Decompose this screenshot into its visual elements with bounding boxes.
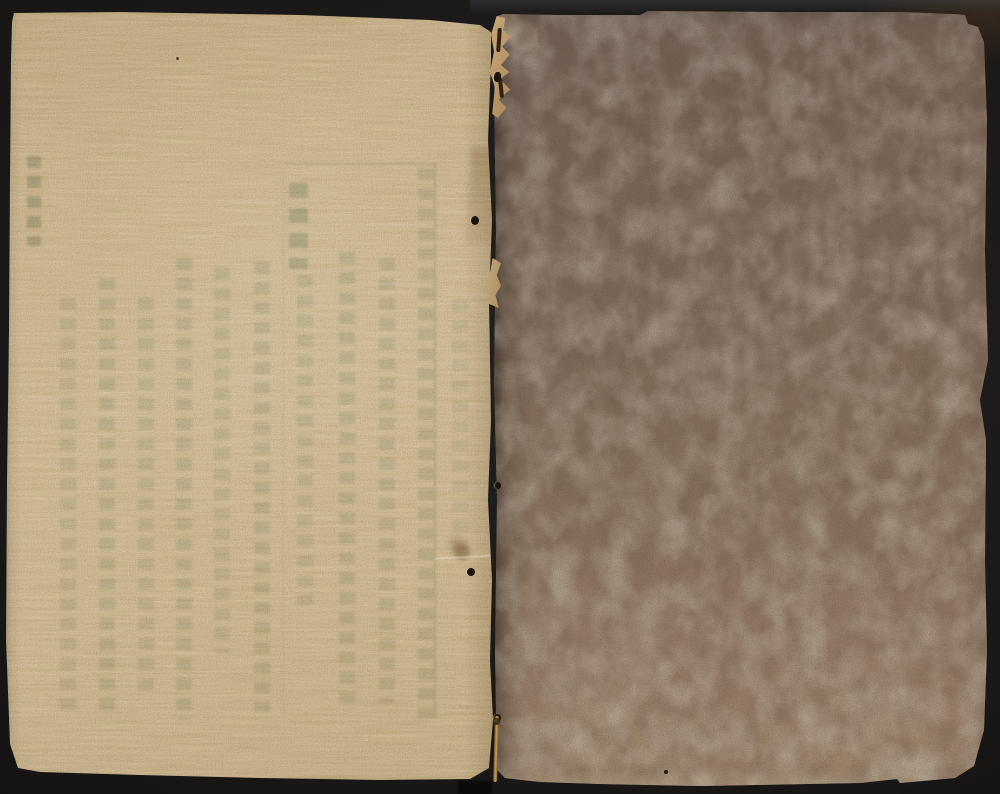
- ghost-column: [379, 258, 395, 703]
- paper-speck: [664, 770, 668, 774]
- ghost-column: [27, 156, 41, 246]
- binding-discoloration: [465, 147, 500, 245]
- ghost-column: [289, 183, 308, 269]
- right-page-texture: [492, 8, 992, 788]
- stitch-hole: [467, 568, 475, 576]
- paper-speck: [176, 57, 179, 60]
- ghost-column: [214, 268, 230, 653]
- binding-gap-shadow: [458, 781, 492, 794]
- binding-thread-knot: [493, 718, 500, 725]
- binding-thread: [493, 716, 499, 782]
- ghost-column: [60, 298, 76, 710]
- ghost-rule-horizontal: [284, 163, 436, 165]
- right-page: [492, 8, 992, 788]
- ghost-column: [297, 275, 313, 605]
- ghost-column: [254, 262, 270, 712]
- ghost-column: [339, 252, 355, 712]
- scuff-mark: [522, 387, 547, 483]
- stitch-hole: [471, 216, 479, 225]
- ghost-column: [99, 278, 115, 718]
- ghost-column: [176, 258, 192, 720]
- ghost-rule-vertical: [434, 162, 436, 718]
- ghost-rule-vertical: [283, 170, 284, 715]
- ghost-column: [452, 300, 468, 560]
- left-page: [6, 10, 498, 783]
- bleedthrough-text-layer: [6, 10, 498, 783]
- scuff-mark: [513, 522, 552, 654]
- book-scan-stage: [0, 0, 1000, 794]
- ghost-column: [138, 298, 154, 698]
- stitch-hole: [495, 482, 501, 489]
- stain-blob: [439, 525, 479, 569]
- ghost-column: [418, 168, 434, 718]
